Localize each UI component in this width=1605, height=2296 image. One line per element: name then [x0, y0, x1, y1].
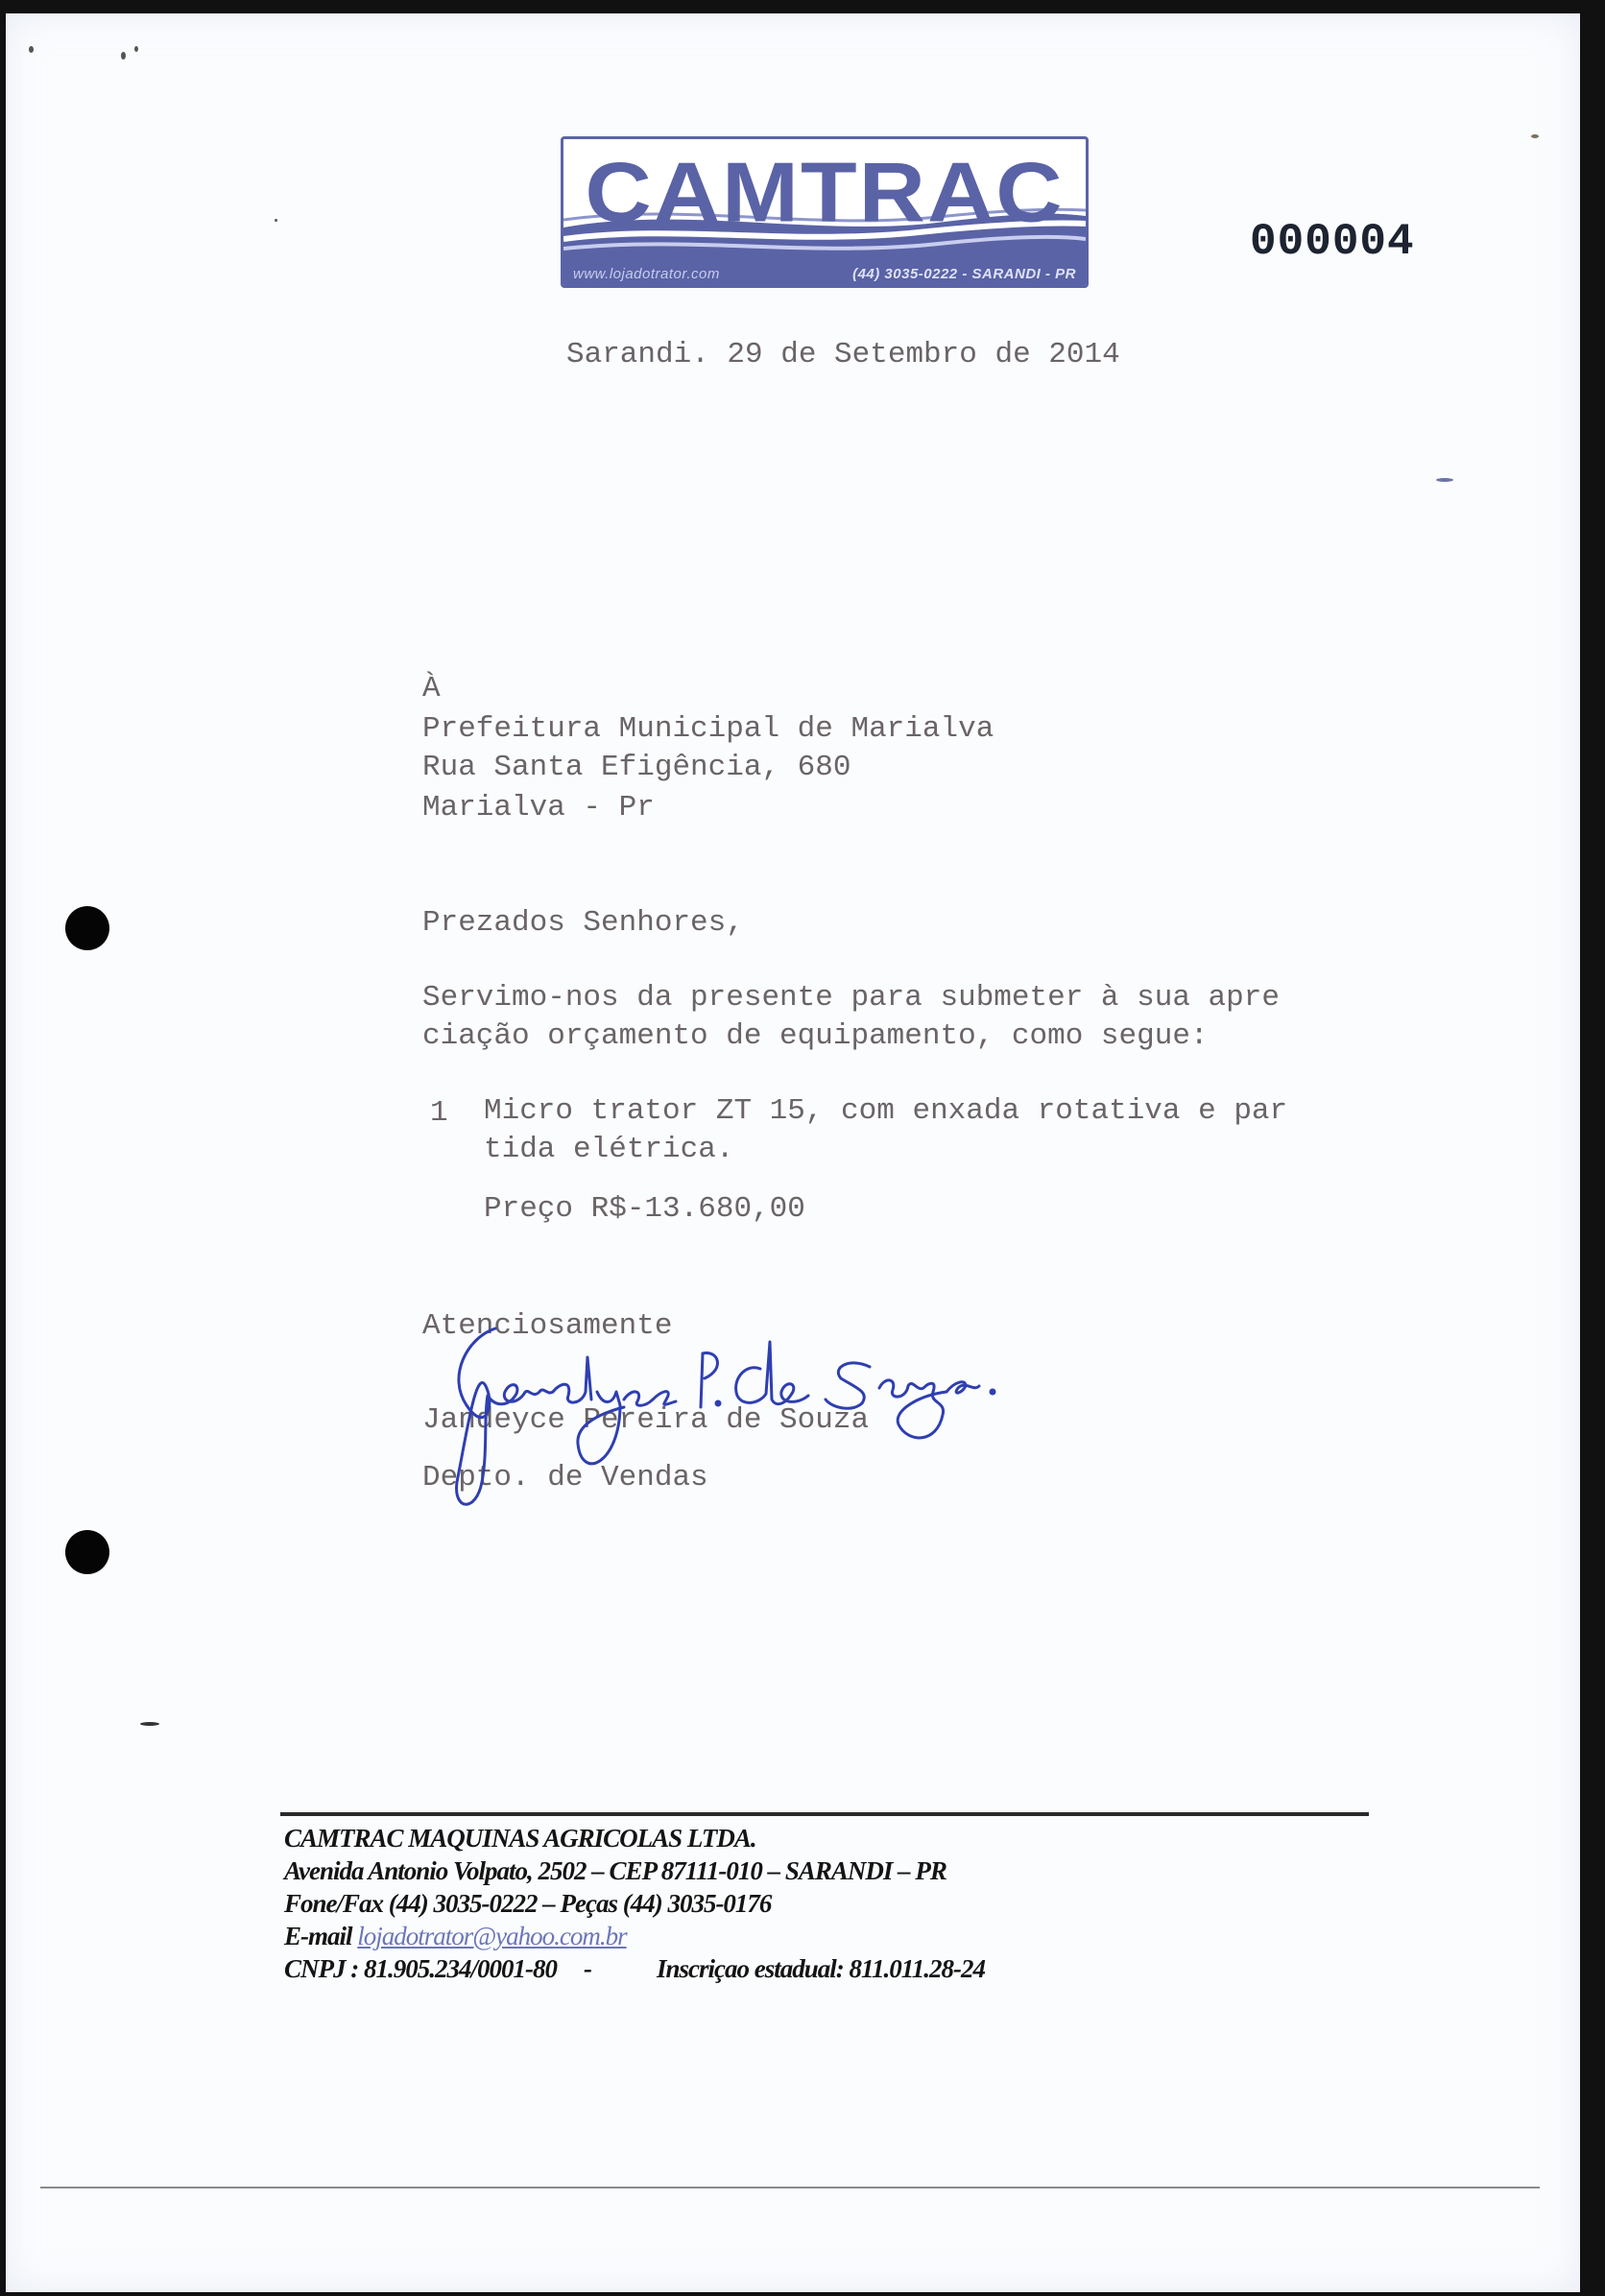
recipient-prefix: À	[422, 670, 441, 708]
letter-page: CAMTRAC www.lojadotrator.com (44) 3035-0…	[6, 13, 1580, 2292]
recipient-name: Prefeitura Municipal de Marialva	[422, 710, 994, 749]
scan-speck	[121, 52, 126, 60]
document-number: 000004	[1250, 217, 1415, 267]
footer-cnpj: CNPJ : 81.905.234/0001-80	[284, 1954, 557, 1983]
scan-speck	[275, 219, 277, 222]
footer-phones: Fone/Fax (44) 3035-0222 – Peças (44) 303…	[284, 1887, 985, 1920]
item-quantity: 1	[430, 1094, 448, 1133]
date-line: Sarandi. 29 de Setembro de 2014	[566, 336, 1120, 374]
recipient-address: Rua Santa Efigência, 680	[422, 749, 850, 787]
footer-email-label: E-mail	[284, 1922, 352, 1950]
body-line: Servimo-nos da presente para submeter à …	[422, 979, 1280, 1017]
camtrac-logo: CAMTRAC www.lojadotrator.com (44) 3035-0…	[561, 136, 1089, 288]
logo-contact-strip: www.lojadotrator.com (44) 3035-0222 - SA…	[573, 266, 1076, 282]
item-description-line: Micro trator ZT 15, com enxada rotativa …	[484, 1092, 1287, 1131]
page-bottom-rule	[40, 2187, 1540, 2188]
logo-phone-city: (44) 3035-0222 - SARANDI - PR	[852, 266, 1076, 282]
footer-address: Avenida Antonio Volpato, 2502 – CEP 8711…	[284, 1854, 985, 1887]
scan-speck	[1436, 478, 1453, 482]
footer-state-registration: Inscriçao estadual: 811.011.28-24	[657, 1954, 985, 1983]
item-price: Preço R$-13.680,00	[484, 1190, 805, 1229]
greeting: Prezados Senhores,	[422, 904, 744, 943]
footer-email-line: E-mail lojadotrator@yahoo.com.br	[284, 1920, 985, 1952]
recipient-city: Marialva - Pr	[422, 789, 655, 827]
hole-punch	[65, 1530, 109, 1574]
footer-company-name: CAMTRAC MAQUINAS AGRICOLAS LTDA.	[284, 1822, 985, 1854]
scan-speck	[134, 46, 138, 52]
closing: Atenciosamente	[422, 1307, 672, 1346]
body-line: ciação orçamento de equipamento, como se…	[422, 1017, 1209, 1056]
logo-wordmark: CAMTRAC	[563, 145, 1086, 240]
scan-speck	[140, 1722, 159, 1726]
footer-rule	[280, 1812, 1369, 1816]
footer-separator: -	[557, 1952, 618, 1985]
scan-speck	[29, 46, 34, 53]
footer-email-link[interactable]: lojadotrator@yahoo.com.br	[357, 1922, 626, 1950]
hole-punch	[65, 906, 109, 950]
item-description-line: tida elétrica.	[484, 1131, 733, 1169]
logo-website: www.lojadotrator.com	[573, 266, 720, 282]
signatory-department: Depto. de Vendas	[422, 1459, 708, 1497]
footer-registration-line: CNPJ : 81.905.234/0001-80-Inscriçao esta…	[284, 1952, 985, 1985]
company-footer: CAMTRAC MAQUINAS AGRICOLAS LTDA. Avenida…	[284, 1822, 985, 1985]
scan-speck	[1531, 134, 1539, 138]
signatory-name: Jandeyce Pereira de Souza	[422, 1401, 869, 1440]
